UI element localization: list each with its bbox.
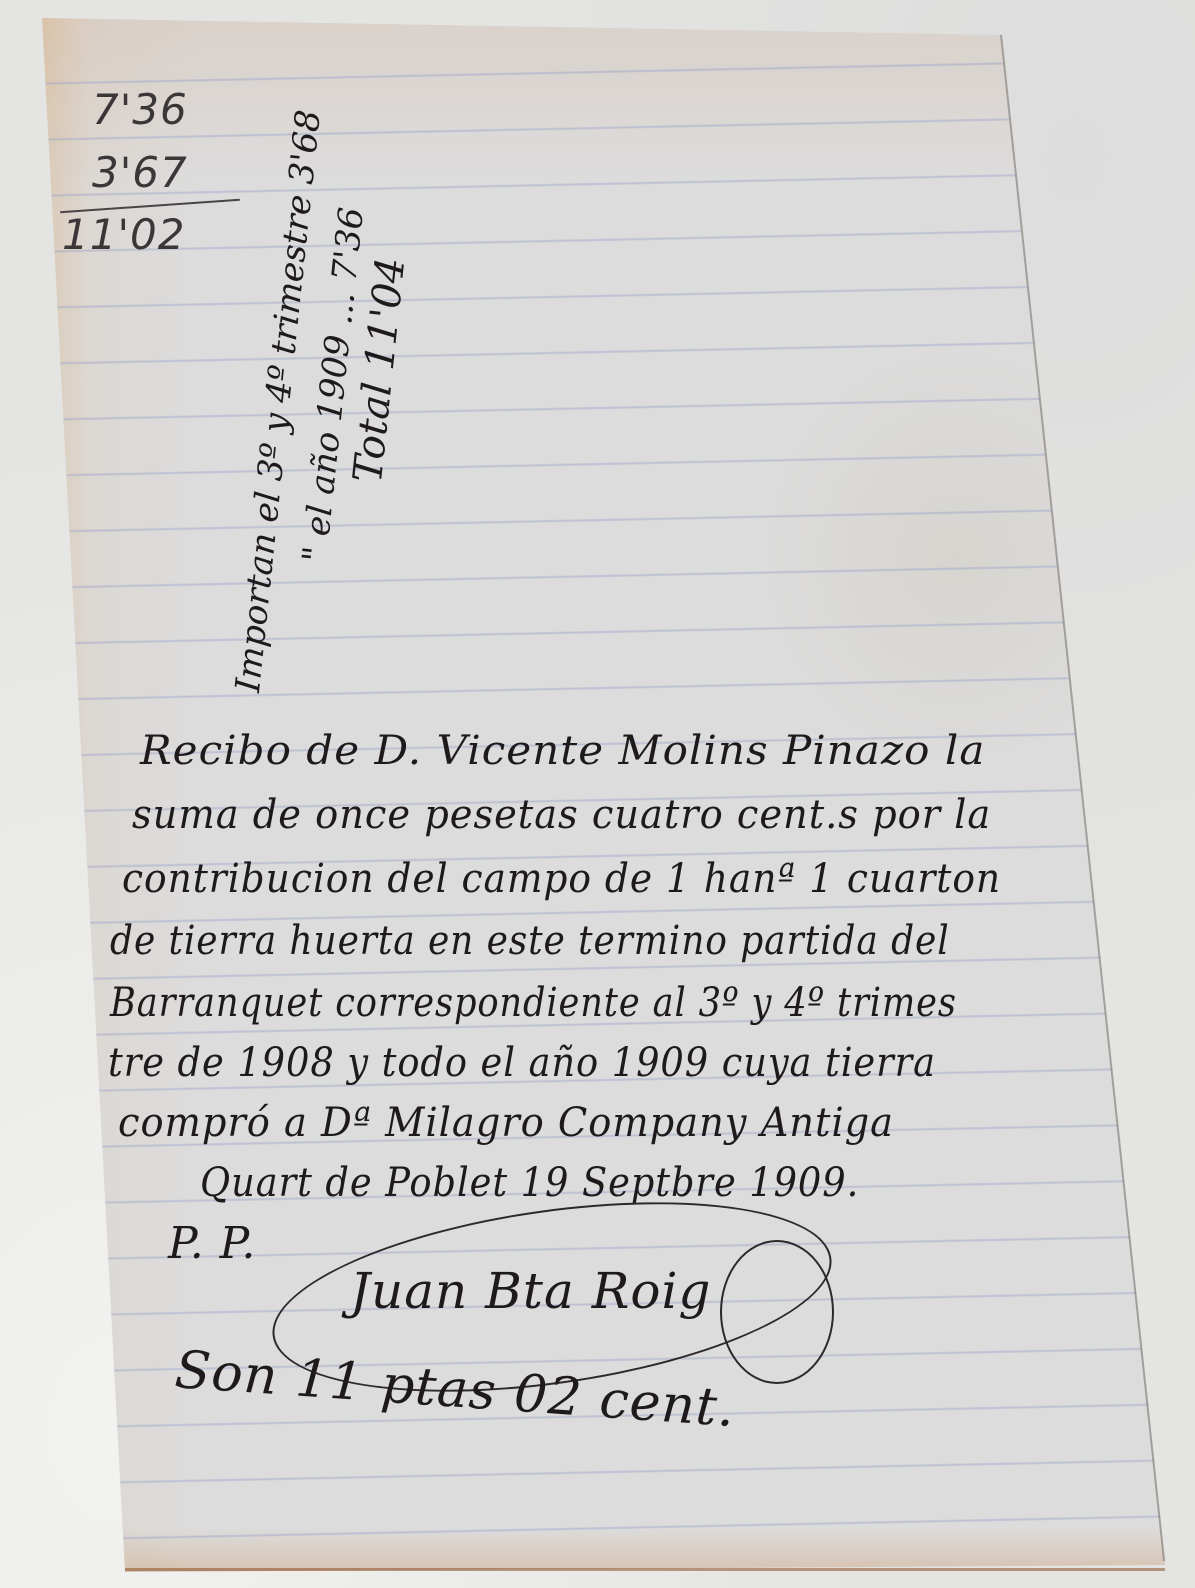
signature-flourish-loop	[720, 1240, 834, 1384]
body-line-6: tre de 1908 y todo el año 1909 cuya tier…	[108, 1040, 936, 1086]
paper-bottom-edge	[125, 1568, 1165, 1571]
body-line-7: compró a Dª Milagro Company Antiga	[118, 1100, 894, 1146]
body-line-2: suma de once pesetas cuatro cent.s por l…	[132, 792, 991, 838]
margin-sum-line-1: 7'36	[92, 85, 188, 134]
signature-prefix: P. P.	[168, 1218, 256, 1269]
body-line-3: contribucion del campo de 1 hanª 1 cuart…	[122, 856, 1001, 902]
margin-sum-total: 11'02	[62, 210, 185, 259]
body-line-1: Recibo de D. Vicente Molins Pinazo la	[140, 728, 985, 774]
place-date: Quart de Poblet 19 Septbre 1909.	[200, 1160, 859, 1206]
margin-sum-line-2: 3'67	[92, 148, 188, 197]
body-line-5: Barranquet correspondiente al 3º y 4º tr…	[110, 980, 957, 1026]
body-line-4: de tierra huerta en este termino partida…	[110, 918, 950, 964]
